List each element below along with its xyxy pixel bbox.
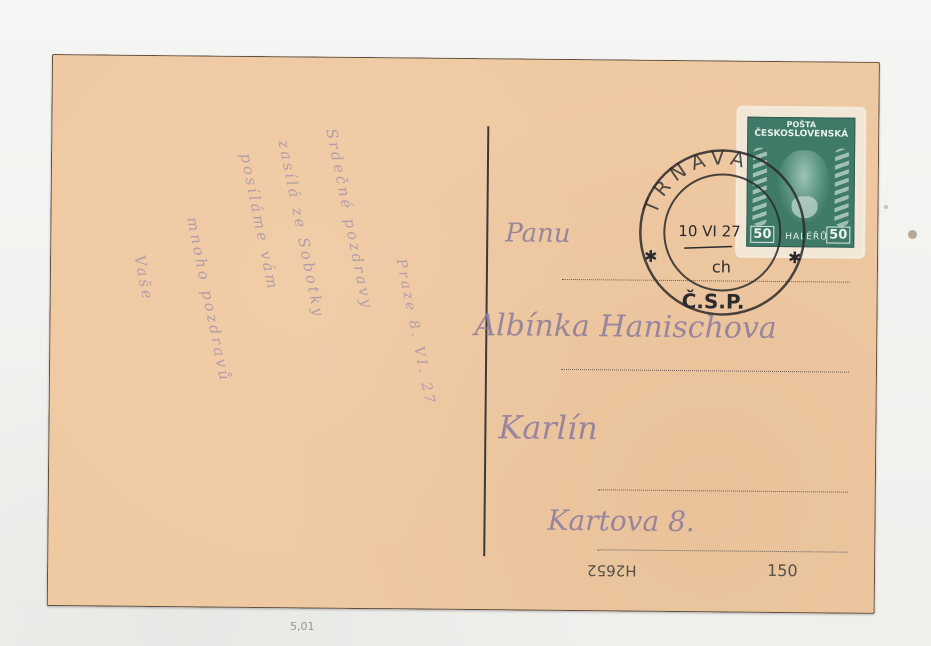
star-icon: ✱ (788, 248, 802, 267)
address-line (561, 369, 849, 373)
pencil-price: 150 (767, 561, 798, 580)
postmark-date: 10 VI 27 (678, 222, 741, 241)
dust-speck (884, 205, 888, 209)
address-line (597, 549, 847, 552)
message-line: Vaše (130, 254, 157, 304)
postmark-code: ch (712, 257, 731, 276)
pencil-inventory-number: H2652 (587, 561, 637, 579)
laurel-right-icon (834, 149, 849, 227)
address-line (598, 489, 848, 492)
message-dateline: Praze 8. VI. 27 (393, 257, 438, 407)
postmark-cancel: TRNAVA 10 VI 27 ch Č.S.P. ✱ ✱ (631, 140, 813, 322)
message-line: posíláme vám (237, 152, 283, 293)
address-street: Kartova 8. (547, 504, 695, 538)
postmark-bottom: Č.S.P. (682, 289, 745, 314)
address-salutation: Panu (505, 218, 571, 249)
dust-speck (908, 230, 917, 239)
stamp-country: ČESKOSLOVENSKÁ (748, 129, 854, 140)
scanner-note: 5,01 (290, 620, 315, 633)
star-icon: ✱ (644, 247, 658, 266)
message-line: mnoho pozdravů (183, 215, 234, 384)
address-city: Karlín (498, 408, 598, 447)
message-line: Srdečné pozdravy (322, 127, 376, 312)
postcard: Srdečné pozdravy zasílá ze Sobotky posíl… (47, 54, 880, 614)
message-line: zasílá ze Sobotky (274, 138, 328, 320)
stamp-value-right: 50 (826, 226, 850, 243)
